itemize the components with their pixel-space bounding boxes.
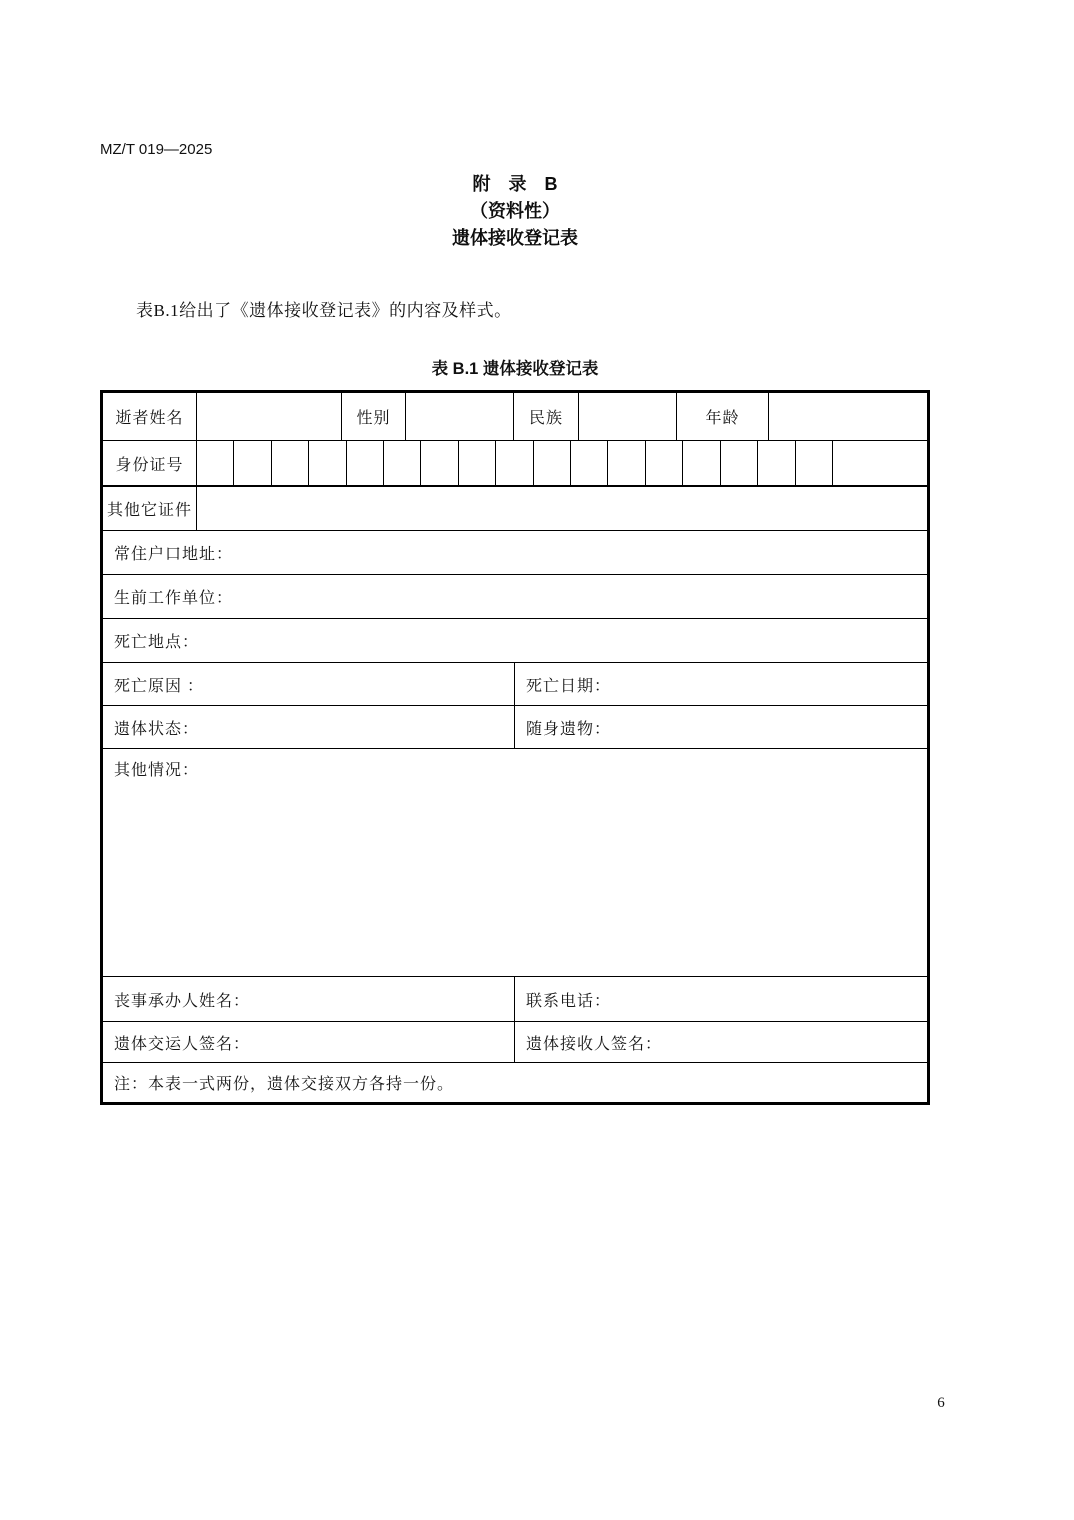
table-row-note: 注：本表一式两份，遗体交接双方各持一份。 [103,1063,927,1102]
table-row-other-certificate: 其他它证件 [103,487,927,531]
table-note: 注：本表一式两份，遗体交接双方各持一份。 [103,1063,927,1102]
table-row-work-unit: 生前工作单位： [103,575,927,619]
id-digit-cell [347,441,384,485]
id-number-label: 身份证号 [103,441,197,485]
table-row-undertaker-phone: 丧事承办人姓名： 联系电话： [103,977,927,1022]
other-certificate-label: 其他它证件 [103,487,197,530]
id-digit-cell [197,441,234,485]
other-certificate-value-cell [197,487,927,530]
appendix-title-line3: 遗体接收登记表 [100,225,930,252]
belongings-label: 随身遗物： [515,706,927,748]
id-digit-cell [646,441,683,485]
receiver-sign-label: 遗体接收人签名： [515,1022,927,1062]
id-digit-cell [459,441,496,485]
id-digit-cell [234,441,271,485]
table-row-other-info: 其他情况： [103,749,927,977]
table-row-death-place: 死亡地点： [103,619,927,663]
deceased-name-value-cell [197,393,342,440]
intro-paragraph: 表B.1给出了《遗体接收登记表》的内容及样式。 [100,296,930,321]
id-digit-cell [272,441,309,485]
appendix-title-line2: （资料性） [100,198,930,225]
ethnicity-label: 民族 [514,393,579,440]
id-digit-cell [384,441,421,485]
table-row-basic-info: 逝者姓名 性别 民族 年龄 [103,393,927,441]
id-digit-cell [721,441,758,485]
id-digit-cell [608,441,645,485]
ethnicity-value-cell [579,393,677,440]
deceased-name-label: 逝者姓名 [103,393,197,440]
id-digit-cell [758,441,795,485]
table-caption: 表 B.1 遗体接收登记表 [100,355,930,379]
id-digit-cell [571,441,608,485]
contact-phone-label: 联系电话： [515,977,927,1021]
doc-code: MZ/T 019—2025 [100,141,212,158]
deliverer-sign-label: 遗体交运人签名： [103,1022,515,1062]
death-cause-label: 死亡原因 ： [103,663,515,705]
id-digit-cell [683,441,720,485]
id-digit-cell [796,441,833,485]
table-row-signatures: 遗体交运人签名： 遗体接收人签名： [103,1022,927,1063]
work-unit-label: 生前工作单位： [103,575,927,618]
table-row-residence-address: 常住户口地址： [103,531,927,575]
table-row-death-cause-date: 死亡原因 ： 死亡日期： [103,663,927,706]
id-digit-cell [496,441,533,485]
residence-address-label: 常住户口地址： [103,531,927,574]
id-digit-cell-last [833,441,927,485]
page-number: 6 [911,1395,971,1412]
death-date-label: 死亡日期： [515,663,927,705]
appendix-heading: 附 录 B （资料性） 遗体接收登记表 [100,171,930,252]
sex-value-cell [406,393,514,440]
table-row-id-number: 身份证号 [103,441,927,487]
death-place-label: 死亡地点： [103,619,927,662]
undertaker-name-label: 丧事承办人姓名： [103,977,515,1021]
table-row-body-state-belongings: 遗体状态： 随身遗物： [103,706,927,749]
age-value-cell [769,393,927,440]
id-digit-cell [421,441,458,485]
appendix-title-line1: 附 录 B [100,171,930,198]
id-digit-cell [534,441,571,485]
registration-form-table: 逝者姓名 性别 民族 年龄 身份证号 [100,390,930,1105]
sex-label: 性别 [342,393,406,440]
id-digit-cell [309,441,346,485]
document-page: MZ/T 019—2025 附 录 B （资料性） 遗体接收登记表 表B.1给出… [0,0,1074,1520]
body-state-label: 遗体状态： [103,706,515,748]
age-label: 年龄 [677,393,769,440]
other-info-label: 其他情况： [103,749,927,976]
